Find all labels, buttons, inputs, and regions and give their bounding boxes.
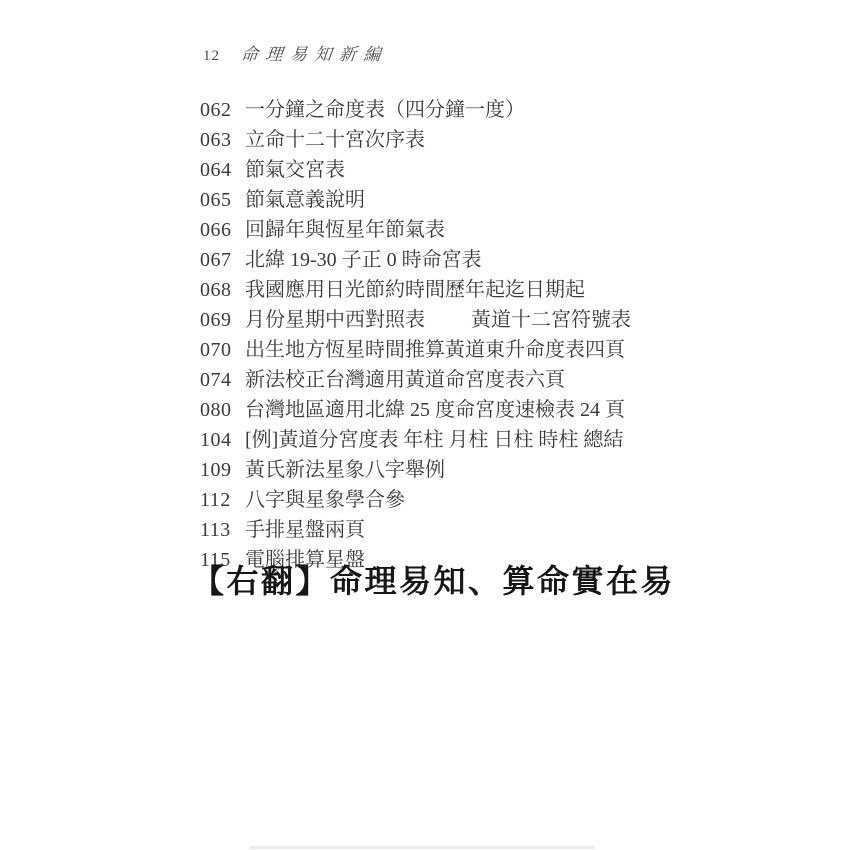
toc-entry-page-number: 080 xyxy=(200,395,245,425)
toc-row: 104 [例]黃道分宮度表 年柱 月柱 日柱 時柱 總結 xyxy=(200,425,760,455)
toc-entry-page-number: 065 xyxy=(200,185,245,215)
toc-row: 068 我國應用日光節約時間歷年起迄日期起 xyxy=(200,275,760,305)
running-header: 12 命理易知新編 xyxy=(203,40,387,65)
toc-entry-title: 黃氏新法星象八字舉例 xyxy=(245,455,445,485)
flip-direction-heading: 【右翻】命理易知、算命實在易 xyxy=(192,562,675,600)
toc-entry-page-number: 068 xyxy=(200,275,245,305)
toc-entry-title: 節氣意義說明 xyxy=(245,185,365,215)
toc-entry-page-number: 112 xyxy=(200,485,245,515)
book-title: 命理易知新編 xyxy=(240,40,390,65)
toc-entry-page-number: 113 xyxy=(200,515,245,545)
toc-row: 065 節氣意義說明 xyxy=(200,185,760,215)
toc-row: 074 新法校正台灣適用黃道命宮度表六頁 xyxy=(200,365,760,395)
toc-entry-title: 回歸年與恆星年節氣表 xyxy=(245,215,445,245)
toc-entry-page-number: 062 xyxy=(200,95,245,125)
toc-entry-title: 台灣地區適用北緯 25 度命宮度速檢表 24 頁 xyxy=(245,395,625,425)
toc-entry-page-number: 069 xyxy=(200,305,245,335)
toc-entry-title: 節氣交宮表 xyxy=(245,155,345,185)
toc-row: 064 節氣交宮表 xyxy=(200,155,760,185)
toc-entry-title: 月份星期中西對照表 xyxy=(245,305,425,335)
toc-entry-page-number: 104 xyxy=(200,425,245,455)
toc-entry-page-number: 066 xyxy=(200,215,245,245)
toc-entry-title: [例]黃道分宮度表 年柱 月柱 日柱 時柱 總結 xyxy=(245,425,623,455)
toc-entry-page-number: 109 xyxy=(200,455,245,485)
table-of-contents: 062 一分鐘之命度表（四分鐘一度） 063 立命十二十宮次序表 064 節氣交… xyxy=(200,95,760,575)
page-number: 12 xyxy=(203,48,220,65)
toc-row: 080 台灣地區適用北緯 25 度命宮度速檢表 24 頁 xyxy=(200,395,760,425)
scan-edge-artifact xyxy=(250,846,595,849)
toc-entry-secondary-title: 黃道十二宮符號表 xyxy=(471,305,631,335)
toc-row: 070 出生地方恆星時間推算黃道東升命度表四頁 xyxy=(200,335,760,365)
toc-row: 112 八字與星象學合參 xyxy=(200,485,760,515)
toc-row: 113 手排星盤兩頁 xyxy=(200,515,760,545)
toc-entry-page-number: 070 xyxy=(200,335,245,365)
toc-entry-page-number: 074 xyxy=(200,365,245,395)
toc-row: 062 一分鐘之命度表（四分鐘一度） xyxy=(200,95,760,125)
toc-entry-title: 八字與星象學合參 xyxy=(245,485,405,515)
book-page: 12 命理易知新編 062 一分鐘之命度表（四分鐘一度） 063 立命十二十宮次… xyxy=(0,0,850,850)
toc-row: 069 月份星期中西對照表 黃道十二宮符號表 xyxy=(200,305,760,335)
toc-entry-title: 手排星盤兩頁 xyxy=(245,515,365,545)
toc-entry-page-number: 063 xyxy=(200,125,245,155)
toc-row: 066 回歸年與恆星年節氣表 xyxy=(200,215,760,245)
toc-entry-title: 立命十二十宮次序表 xyxy=(245,125,425,155)
toc-row: 063 立命十二十宮次序表 xyxy=(200,125,760,155)
toc-entry-title: 我國應用日光節約時間歷年起迄日期起 xyxy=(245,275,585,305)
toc-entry-page-number: 064 xyxy=(200,155,245,185)
toc-entry-title: 出生地方恆星時間推算黃道東升命度表四頁 xyxy=(245,335,625,365)
toc-row: 109 黃氏新法星象八字舉例 xyxy=(200,455,760,485)
toc-entry-page-number: 067 xyxy=(200,245,245,275)
toc-entry-title: 一分鐘之命度表（四分鐘一度） xyxy=(245,95,525,125)
toc-row: 067 北緯 19-30 子正 0 時命宮表 xyxy=(200,245,760,275)
toc-entry-title: 北緯 19-30 子正 0 時命宮表 xyxy=(245,245,482,275)
toc-entry-title: 新法校正台灣適用黃道命宮度表六頁 xyxy=(245,365,565,395)
